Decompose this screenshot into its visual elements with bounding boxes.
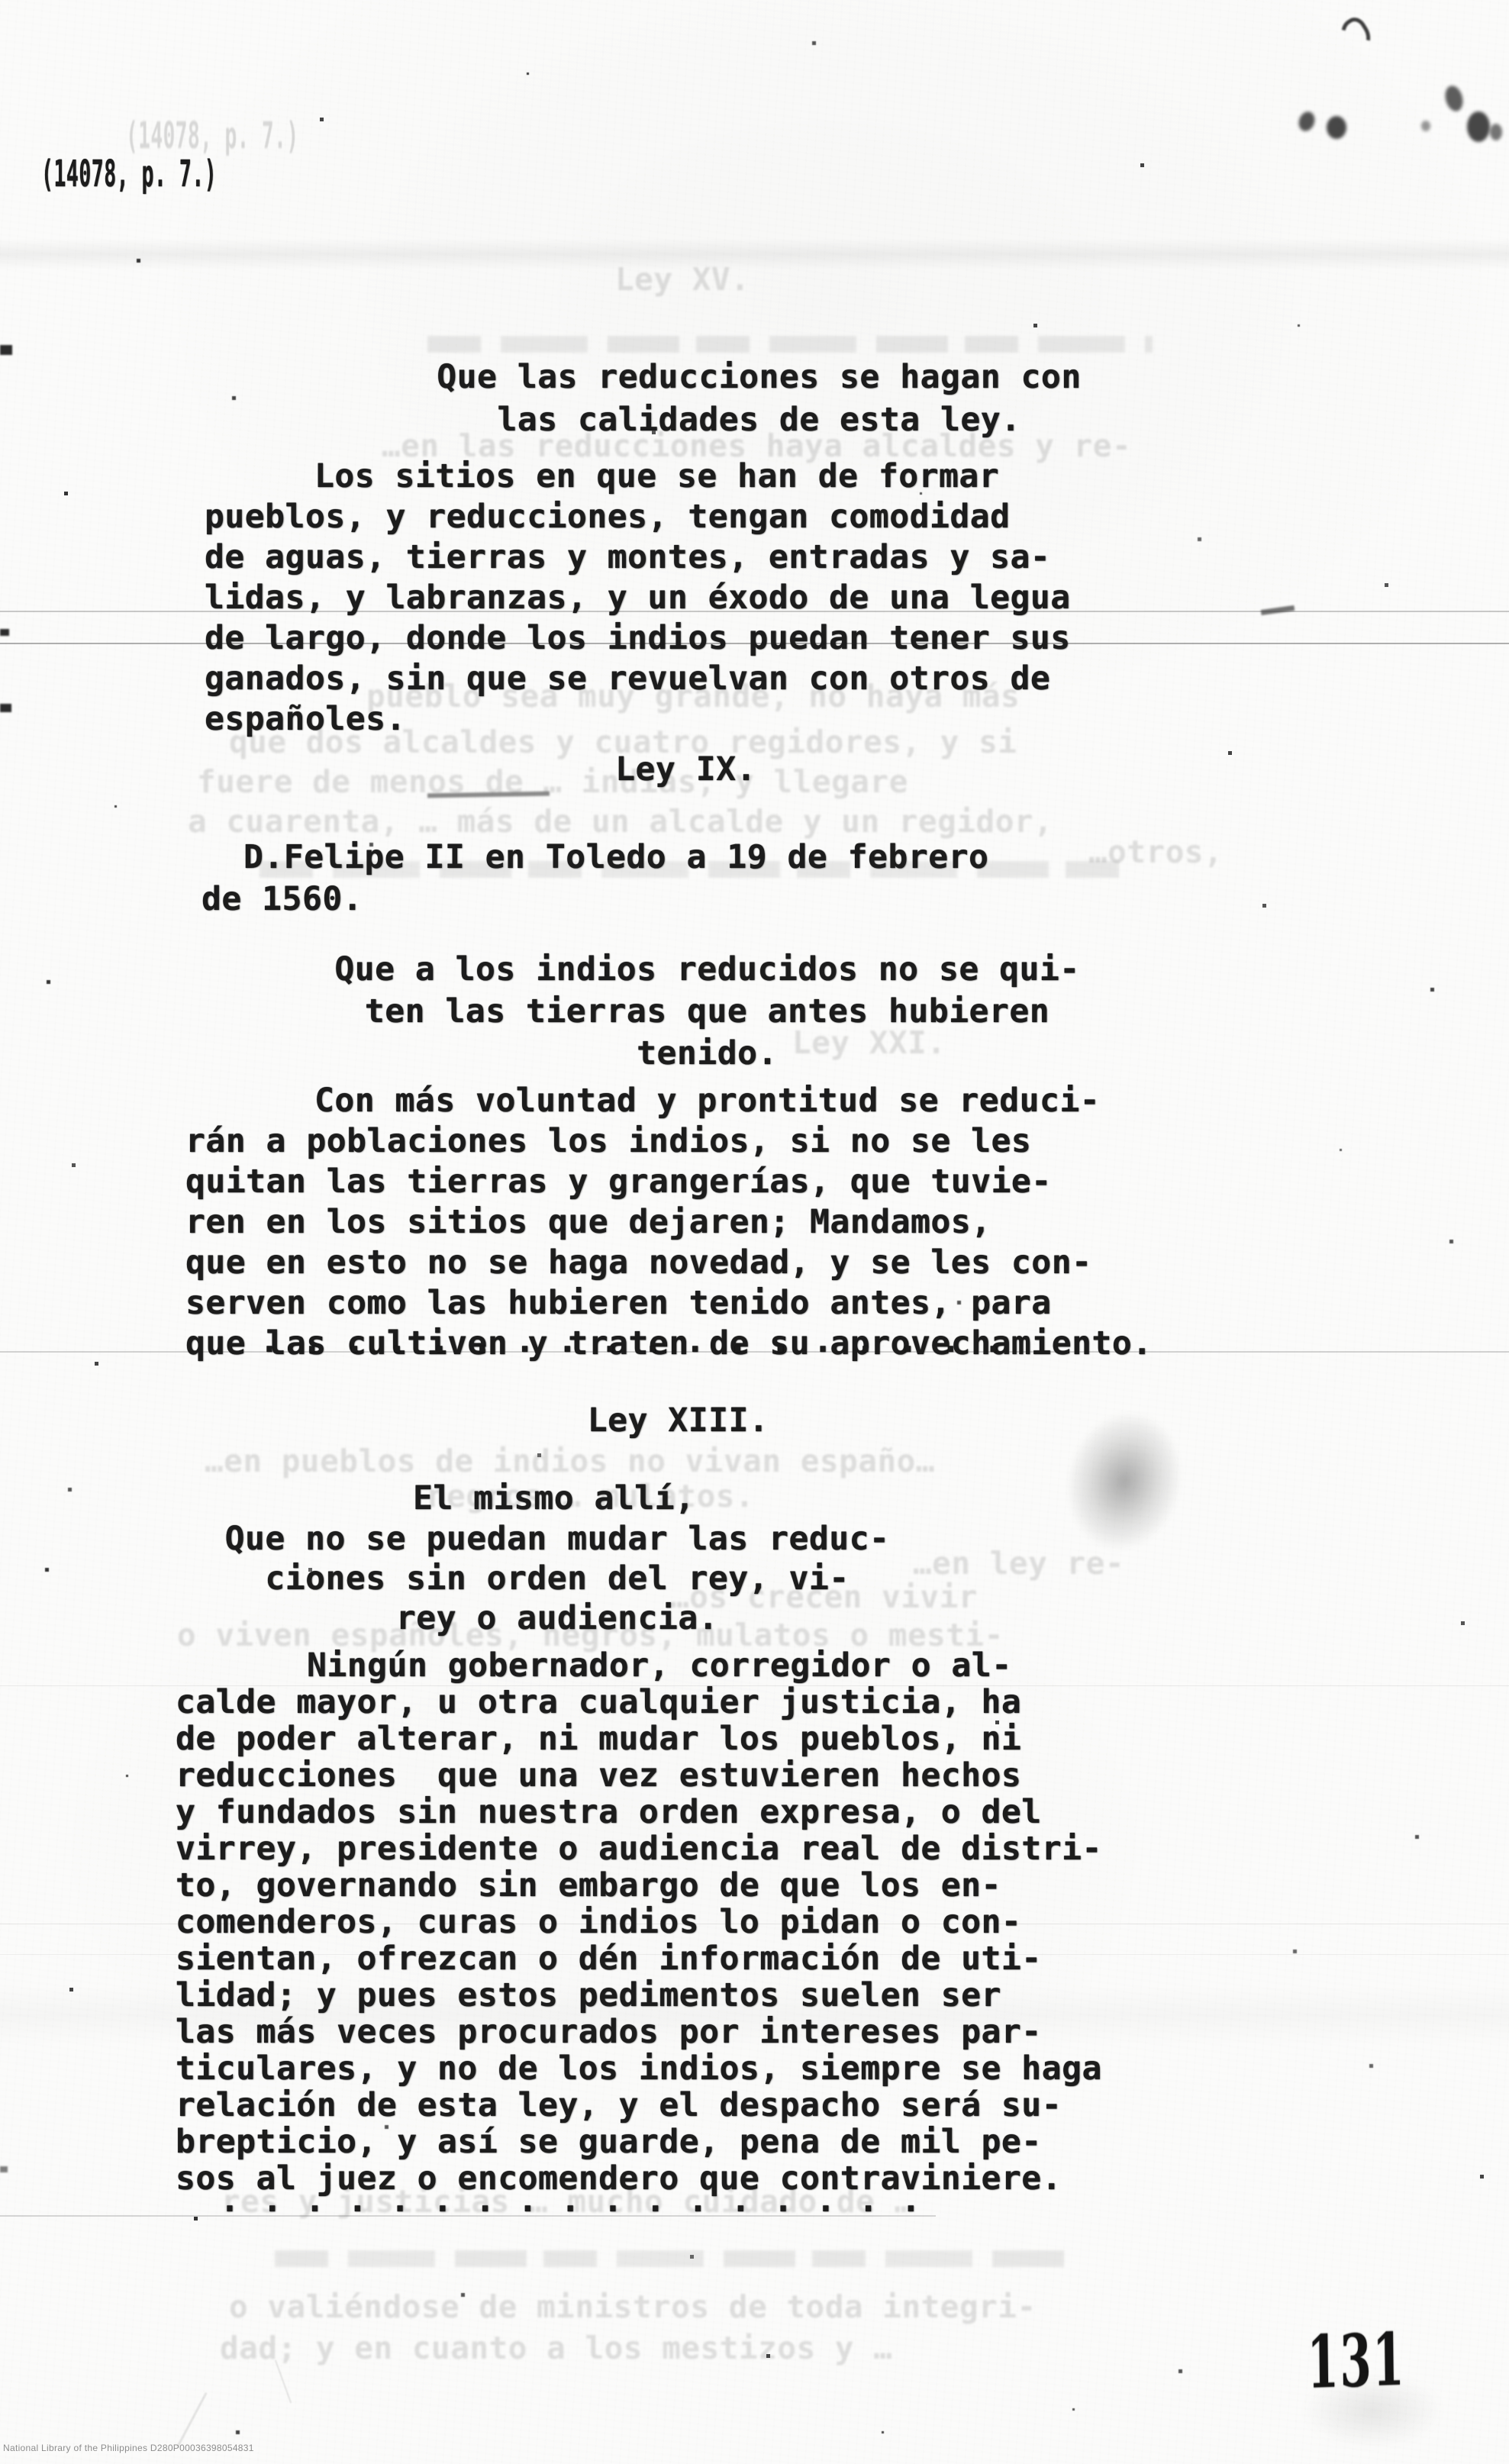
edge-ink-tick <box>0 629 9 636</box>
scratch-mark <box>176 2392 207 2447</box>
law8-body: Los sitios en que se han de formar puebl… <box>205 456 1349 740</box>
ink-blob <box>1467 111 1490 142</box>
ghost-line: dad; y en cuanto a los mestizos y … <box>220 2330 892 2366</box>
ghost-line: …en pueblos de indios no vivan españo… <box>205 1443 935 1479</box>
law9-heading: Que a los indios reducidos no se qui- te… <box>0 949 1462 1075</box>
ink-blob <box>1327 116 1346 139</box>
scan-band <box>0 238 1509 270</box>
ghost-smudge-row <box>275 2250 1069 2267</box>
ink-blob <box>1296 109 1317 133</box>
scanned-document-page: (14078, p. 7.) Ley XV. …en las reduccion… <box>0 0 1509 2464</box>
faint-smudge-blot <box>1302 2372 1443 2449</box>
ghost-line: o valiéndose de ministros de toda integr… <box>229 2288 1037 2325</box>
ghost-archive-ref: (14078, p. 7.) <box>126 114 298 157</box>
ink-blob <box>1443 84 1465 114</box>
library-watermark: National Library of the Philippines D280… <box>3 2443 254 2453</box>
pen-squiggle-mark <box>1335 14 1376 56</box>
edge-ink-tick <box>0 345 12 355</box>
ghost-smudge-row <box>427 336 1153 353</box>
law13-title: Ley XIII. <box>0 1401 1433 1440</box>
dotted-separator: . . . . . . . . . . . . . . . . . <box>220 2182 922 2220</box>
ink-blob <box>1490 124 1502 140</box>
scratch-mark <box>275 2359 292 2403</box>
law13-heading: Que no se puedan mudar las reduc- ciones… <box>0 1519 1114 1638</box>
dotted-separator: . . . . . . . . . . . . . . . . . . <box>260 1322 1004 1360</box>
law8-heading: Que las reducciones se hagan con las cal… <box>5 356 1509 441</box>
ghost-ley-xv: Ley XV. <box>615 261 750 298</box>
law9-title: Ley IX. <box>0 750 1440 789</box>
law13-body: Ningún gobernador, corregidor o al- cald… <box>176 1647 1336 2197</box>
archive-reference: (14078, p. 7.) <box>41 153 217 195</box>
ghost-line: a cuarenta, … más de un alcalde y un reg… <box>188 803 1053 840</box>
edge-ink-tick <box>0 704 11 712</box>
edge-ink-tick <box>0 2166 8 2172</box>
law13-source: El mismo allí, <box>413 1479 695 1517</box>
ink-speck-noise <box>0 0 2 2</box>
law9-promulgation: D.Felipe II en Toledo a 19 de febrero de… <box>202 837 1346 921</box>
ink-blob <box>1421 121 1430 131</box>
